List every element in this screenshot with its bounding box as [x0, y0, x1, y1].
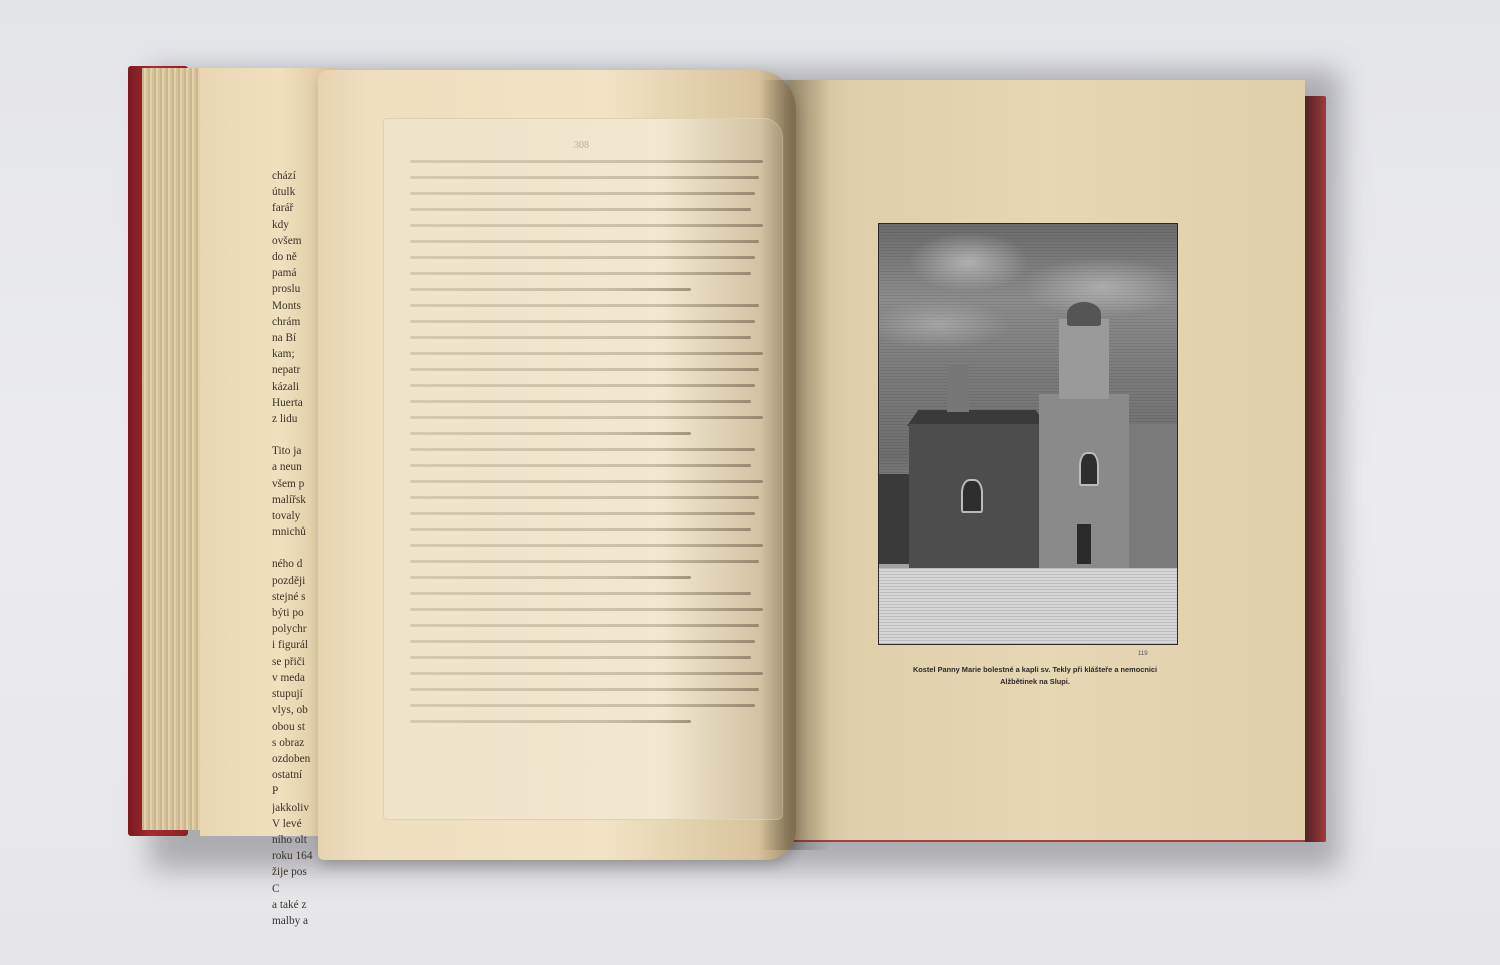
- chapel-window: [961, 479, 983, 513]
- engraving-plate: [878, 223, 1178, 645]
- bleed-through-line: [410, 384, 755, 387]
- bleed-through-line: [410, 512, 755, 515]
- text-line: malby a: [272, 913, 332, 929]
- gutter-shadow: [760, 80, 830, 850]
- bleed-through-line: [410, 544, 763, 547]
- bleed-through-line: [410, 176, 759, 179]
- text-line: žije pos: [272, 864, 332, 880]
- bleed-through-line: [410, 400, 751, 403]
- bleed-through-page-number: 308: [574, 140, 589, 151]
- text-line: a také z: [272, 897, 332, 913]
- bleed-through-line: [410, 272, 751, 275]
- bleed-through-line: [410, 560, 759, 563]
- church-window: [1079, 452, 1099, 486]
- bleed-through-line: [410, 480, 763, 483]
- bleed-through-line: [410, 336, 751, 339]
- caption-line-2: Alžbětinek na Slupi.: [900, 676, 1170, 688]
- bleed-through-line: [410, 624, 759, 627]
- bleed-through-line: [410, 352, 763, 355]
- bleed-through-line: [410, 432, 691, 435]
- church-door: [1077, 524, 1091, 564]
- bleed-through-line: [410, 672, 763, 675]
- bleed-through-line: [410, 368, 759, 371]
- bleed-through-line: [410, 192, 755, 195]
- bleed-through-line: [410, 656, 751, 659]
- bleed-through-line: [410, 240, 759, 243]
- bleed-through-line: [410, 592, 751, 595]
- bleed-through-line: [410, 304, 759, 307]
- bleed-through-line: [410, 528, 751, 531]
- bleed-through-line: [410, 256, 755, 259]
- caption-line-1: Kostel Panny Marie bolestné a kapli sv. …: [900, 664, 1170, 676]
- bleed-through-line: [410, 688, 759, 691]
- tower-dome: [1067, 302, 1101, 326]
- bell-tower: [1059, 319, 1109, 399]
- bleed-through-line: [410, 208, 751, 211]
- bleed-through-line: [410, 720, 691, 723]
- bleed-through-line: [410, 608, 763, 611]
- bleed-through-line: [410, 704, 755, 707]
- text-line: C: [272, 881, 332, 897]
- chapel-cupola: [947, 364, 969, 412]
- bleed-through-line: [410, 576, 691, 579]
- bleed-through-line: [410, 448, 755, 451]
- bleed-through-line: [410, 160, 763, 163]
- plate-number: 119: [1138, 651, 1148, 657]
- bleed-through-line: [410, 320, 755, 323]
- street: [879, 568, 1177, 644]
- bleed-through-line: [410, 640, 755, 643]
- bleed-through-line: [410, 288, 691, 291]
- bleed-through-text: [400, 160, 775, 760]
- convent-wing: [1127, 424, 1177, 574]
- bleed-through-line: [410, 496, 759, 499]
- bleed-through-line: [410, 464, 751, 467]
- plate-caption: Kostel Panny Marie bolestné a kapli sv. …: [900, 664, 1170, 688]
- bleed-through-line: [410, 416, 763, 419]
- bleed-through-line: [410, 224, 763, 227]
